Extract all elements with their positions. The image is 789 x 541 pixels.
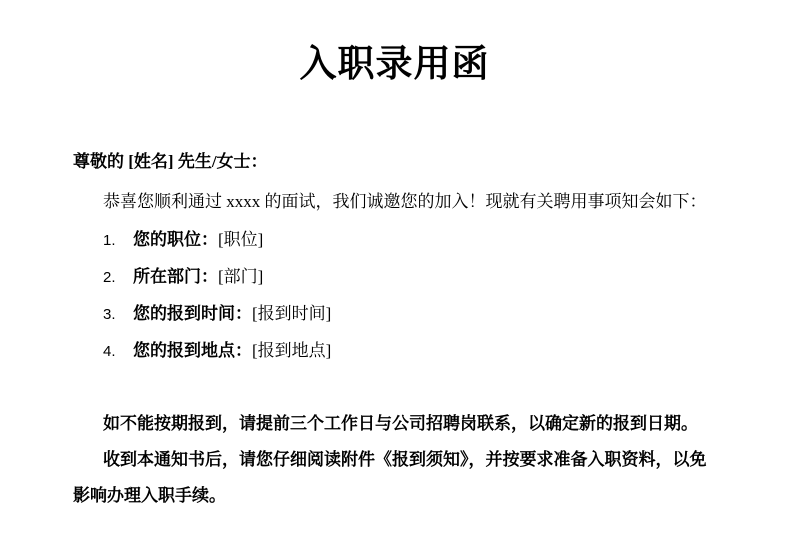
list-item-text: 所在部门：[部门]	[133, 267, 263, 287]
list-item-report-location: 4. 您的报到地点：[报到地点]	[103, 341, 716, 362]
list-item-department: 2. 所在部门：[部门]	[103, 267, 716, 288]
list-item-number: 1.	[103, 231, 133, 251]
list-item-label: 您的报到地点：	[133, 341, 252, 360]
closing-paragraph-attachment: 收到本通知书后，请您仔细阅读附件《报到须知》，并按要求准备入职资料，以免影响办理…	[73, 442, 716, 514]
list-item-text: 您的职位：[职位]	[133, 230, 263, 250]
list-item-value: [职位]	[218, 230, 263, 249]
list-item-number: 3.	[103, 305, 133, 325]
list-item-label: 您的职位：	[133, 230, 218, 249]
intro-paragraph: 恭喜您顺利通过 xxxx 的面试，我们诚邀您的加入！现就有关聘用事项知会如下：	[73, 192, 716, 212]
list-item-report-time: 3. 您的报到时间：[报到时间]	[103, 304, 716, 325]
salutation-line: 尊敬的 [姓名] 先生/女士：	[73, 152, 716, 172]
closing-paragraph-reschedule: 如不能按期报到，请提前三个工作日与公司招聘岗联系，以确定新的报到日期。	[73, 406, 716, 442]
list-item-position: 1. 您的职位：[职位]	[103, 230, 716, 251]
list-item-label: 所在部门：	[133, 267, 218, 286]
list-item-value: [部门]	[218, 267, 263, 286]
list-item-number: 4.	[103, 342, 133, 362]
list-item-label: 您的报到时间：	[133, 304, 252, 323]
list-item-value: [报到地点]	[252, 341, 331, 360]
offer-letter-page: 入职录用函 尊敬的 [姓名] 先生/女士： 恭喜您顺利通过 xxxx 的面试，我…	[0, 0, 789, 541]
list-item-number: 2.	[103, 268, 133, 288]
offer-details-list: 1. 您的职位：[职位] 2. 所在部门：[部门] 3. 您的报到时间：[报到时…	[73, 230, 716, 362]
list-item-text: 您的报到时间：[报到时间]	[133, 304, 331, 324]
page-title: 入职录用函	[73, 0, 716, 88]
list-item-value: [报到时间]	[252, 304, 331, 323]
list-item-text: 您的报到地点：[报到地点]	[133, 341, 331, 361]
